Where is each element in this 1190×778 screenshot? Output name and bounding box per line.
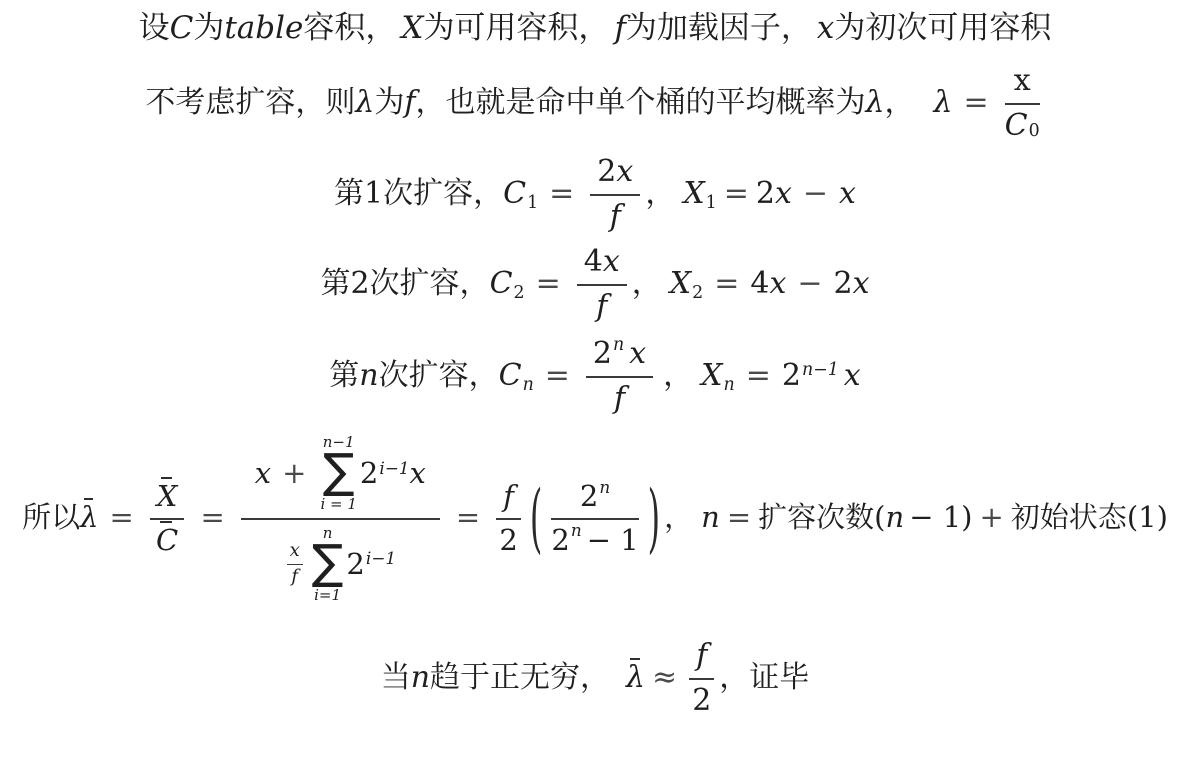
superscript-n: n: [571, 521, 582, 540]
var-C: C: [1005, 109, 1028, 144]
var-f: f: [614, 11, 625, 47]
var-x: x: [775, 176, 792, 211]
fraction-denominator-sum: x f n ∑ i=1 2i−1: [241, 520, 440, 603]
comma: ，: [663, 359, 693, 394]
var-X: X: [401, 11, 423, 47]
right-paren: ): [648, 475, 660, 561]
fraction-numerator: 2x: [590, 154, 640, 196]
coefficient-4: 4: [584, 245, 603, 280]
text-she: 设: [139, 11, 170, 47]
paren-n-minus-1: (n− 1): [874, 501, 972, 534]
equals-sign: =: [714, 267, 739, 302]
comma: ，: [645, 177, 675, 212]
fraction-sums: x + n−1 ∑ i = 1 2i−1x x f n ∑ i=1: [241, 433, 440, 602]
text-wei1: 为: [193, 11, 224, 47]
var-C2: C2: [490, 267, 525, 302]
comma: ，: [632, 267, 662, 302]
fraction-2x-over-f: 2x f: [590, 154, 640, 234]
label-nth-expansion-suffix: 次扩容，: [379, 359, 499, 394]
var-f: f: [404, 86, 415, 121]
fraction-x-over-C0: x C0: [1005, 63, 1040, 143]
coefficient-2: 2: [597, 155, 616, 190]
var-x: x: [769, 266, 786, 301]
summation-lower-limit: i = 1: [320, 497, 356, 512]
fraction-numerator: X: [150, 479, 185, 519]
var-x: x: [853, 266, 870, 301]
text-initial-state: 初始状态: [1011, 501, 1127, 534]
open-paren: (: [874, 500, 885, 534]
superscript-n: n: [599, 478, 610, 497]
approx-sign: ≈: [652, 661, 677, 696]
sigma-icon: ∑: [312, 544, 344, 583]
var-X: X: [683, 176, 704, 211]
var-C-bar: C: [156, 524, 178, 557]
var-x: x: [844, 358, 861, 393]
fraction-denominator: C0: [1005, 105, 1040, 144]
coefficient-2: 2: [834, 266, 853, 301]
var-x: x: [255, 457, 271, 490]
var-X1: X1: [683, 177, 716, 212]
var-X2: X2: [670, 267, 703, 302]
equals-sign: =: [724, 177, 749, 212]
label-nth-expansion-prefix: 第: [329, 359, 359, 394]
var-x: x: [603, 245, 620, 280]
equals-sign: =: [963, 86, 988, 121]
var-n: n: [359, 359, 378, 394]
fraction-numerator: 2n: [551, 479, 638, 519]
fraction-denominator: f: [577, 286, 627, 325]
text-approaches-infinity: 趋于正无穷，: [430, 661, 610, 696]
fraction-denominator: C: [150, 520, 185, 557]
math-document: 设 C 为 table 容积， X 为可用容积， f 为加载因子， x 为初次可…: [0, 0, 1190, 778]
var-C: C: [490, 266, 513, 301]
var-n: n: [701, 501, 720, 534]
superscript-i-minus-1: i−1: [366, 548, 396, 568]
text-wei: 为: [374, 86, 404, 121]
summation-1: n−1 ∑ i = 1: [320, 435, 356, 512]
var-C1: C1: [503, 177, 538, 212]
fraction-numerator: x: [287, 541, 303, 565]
fraction-Xbar-over-Cbar: X C: [150, 479, 185, 557]
var-lambda-bar: λ: [80, 501, 98, 534]
fraction-f-over-2: f 2: [496, 479, 521, 557]
summation-lower-limit: i=1: [314, 588, 341, 603]
text-wei2: 为可用容积，: [423, 11, 609, 47]
text-wei3: 为加载因子，: [626, 11, 812, 47]
var-lambda-bar: λ: [626, 661, 645, 696]
text-expansion-count: 扩容次数: [758, 501, 874, 534]
minus-sign: −: [797, 267, 822, 302]
base-2: 2: [360, 456, 378, 490]
var-n: n: [411, 661, 430, 696]
term-2-pow-i-1: 2i−1: [346, 548, 396, 581]
equals-sign: =: [456, 501, 480, 534]
term-2-pow-i-1-x: 2i−1x: [360, 457, 426, 490]
term-2x: 2x: [834, 267, 870, 302]
text-therefore: 所以: [22, 501, 80, 534]
var-lambda: λ: [355, 86, 374, 121]
text-hit-probability: ，也就是命中单个桶的平均概率为: [415, 86, 865, 121]
fraction-numerator: 2nx: [586, 336, 653, 378]
var-f: f: [596, 290, 607, 325]
term-2-pow-n-1-x: 2n−1x: [782, 359, 861, 394]
var-C: C: [503, 176, 526, 211]
fraction-2nx-over-f: 2nx f: [586, 336, 653, 416]
superscript-i-minus-1: i−1: [379, 458, 409, 478]
plus-sign: +: [979, 501, 1003, 534]
subscript-2: 2: [692, 283, 703, 303]
var-Xn: Xn: [701, 359, 735, 394]
formula-line-main-derivation: 所以 λ = X C = x + n−1 ∑ i = 1 2i−1x: [0, 420, 1190, 616]
comma: ，: [884, 86, 914, 121]
term-2x: 2x: [756, 177, 792, 212]
left-paren: (: [530, 475, 542, 561]
var-x: x: [629, 337, 646, 372]
minus-1-close: − 1): [909, 500, 972, 534]
plus-sign: +: [282, 457, 306, 490]
base-2: 2: [580, 480, 598, 513]
subscript-n: n: [523, 375, 534, 395]
fraction-4x-over-f: 4x f: [577, 244, 627, 324]
coefficient-4: 4: [750, 266, 769, 301]
var-f: f: [503, 480, 514, 513]
var-X-bar: X: [157, 480, 178, 513]
var-n: n: [886, 500, 905, 534]
text-when: 当: [381, 661, 411, 696]
text-no-expansion: 不考虑扩容，则: [145, 86, 355, 121]
base-2: 2: [346, 547, 364, 581]
var-lambda: λ: [865, 86, 884, 121]
var-C: C: [499, 358, 522, 393]
var-x: x: [616, 155, 633, 190]
subscript-2: 2: [514, 283, 525, 303]
formula-line-definitions: 设 C 为 table 容积， X 为可用容积， f 为加载因子， x 为初次可…: [0, 4, 1190, 54]
sigma-icon: ∑: [323, 453, 355, 492]
base-2: 2: [593, 337, 612, 372]
term-4x: 4x: [750, 267, 786, 302]
base-2: 2: [782, 358, 801, 393]
formula-line-lambda-definition: 不考虑扩容，则 λ 为 f ，也就是命中单个桶的平均概率为 λ ， λ = x …: [0, 60, 1190, 146]
var-Cn: Cn: [499, 359, 534, 394]
fraction-numerator: x: [1005, 63, 1040, 105]
minus-1: − 1: [587, 524, 639, 557]
equals-sign: =: [200, 501, 224, 534]
formula-line-expansion-1: 第1次扩容， C1 = 2x f ， X1 = 2x − x: [0, 156, 1190, 232]
subscript-0: 0: [1029, 121, 1040, 141]
var-f: f: [696, 639, 707, 674]
var-table: table: [224, 11, 303, 47]
var-C: C: [170, 11, 194, 47]
fraction-numerator: f: [496, 479, 521, 519]
text-qed: ，证毕: [719, 661, 809, 696]
formula-line-conclusion: 当 n 趋于正无穷， λ ≈ f 2 ，证毕: [0, 636, 1190, 720]
summation-2: n ∑ i=1: [312, 526, 344, 603]
subscript-1: 1: [527, 193, 538, 213]
subscript-1: 1: [706, 193, 717, 213]
var-f: f: [291, 567, 298, 588]
var-x-roman: x: [1014, 64, 1031, 99]
superscript-n: n: [613, 335, 624, 355]
coefficient-2: 2: [756, 176, 775, 211]
number-2: 2: [692, 684, 711, 719]
equals-sign: =: [746, 359, 771, 394]
equals-sign: =: [545, 359, 570, 394]
fraction-denominator: 2n− 1: [551, 520, 638, 557]
fraction-denominator: f: [590, 196, 640, 235]
fraction-denominator: 2: [689, 680, 714, 719]
superscript-n-minus-1: n−1: [802, 360, 839, 380]
paren-1: (1): [1127, 501, 1168, 534]
fraction-denominator: f: [287, 565, 303, 588]
equals-sign: =: [727, 501, 751, 534]
var-x: x: [410, 456, 426, 490]
equals-sign: =: [536, 267, 561, 302]
var-f: f: [614, 382, 625, 417]
fraction-numerator-sum: x + n−1 ∑ i = 1 2i−1x: [241, 433, 440, 520]
fraction-f-over-2: f 2: [689, 638, 714, 718]
number-2: 2: [499, 524, 517, 557]
term-x: x: [839, 177, 856, 212]
fraction-2n-over-2n-minus-1: 2n 2n− 1: [551, 479, 638, 557]
minus-sign: −: [803, 177, 828, 212]
var-X: X: [670, 266, 691, 301]
base-2: 2: [551, 524, 569, 557]
formula-line-expansion-2: 第2次扩容， C2 = 4x f ， X2 = 4x − 2x: [0, 246, 1190, 322]
var-x: x: [817, 11, 834, 47]
var-x: x: [290, 541, 300, 562]
coefficient-x-over-f: x f: [287, 541, 303, 587]
fraction-numerator: 4x: [577, 244, 627, 286]
label-first-expansion: 第1次扩容，: [334, 177, 503, 212]
fraction-denominator: f: [586, 378, 653, 417]
text-rongji: 容积，: [303, 11, 396, 47]
var-lambda: λ: [933, 86, 952, 121]
comma: ，: [664, 501, 693, 534]
var-X: X: [701, 358, 722, 393]
formula-line-expansion-n: 第 n 次扩容， Cn = 2nx f ， Xn = 2n−1x: [0, 336, 1190, 416]
label-second-expansion: 第2次扩容，: [320, 267, 489, 302]
text-wei4: 为初次可用容积: [834, 11, 1051, 47]
var-f: f: [610, 200, 621, 235]
equals-sign: =: [549, 177, 574, 212]
subscript-n: n: [724, 375, 735, 395]
fraction-denominator: 2: [496, 520, 521, 557]
fraction-numerator: f: [689, 638, 714, 680]
equals-sign: =: [109, 501, 133, 534]
